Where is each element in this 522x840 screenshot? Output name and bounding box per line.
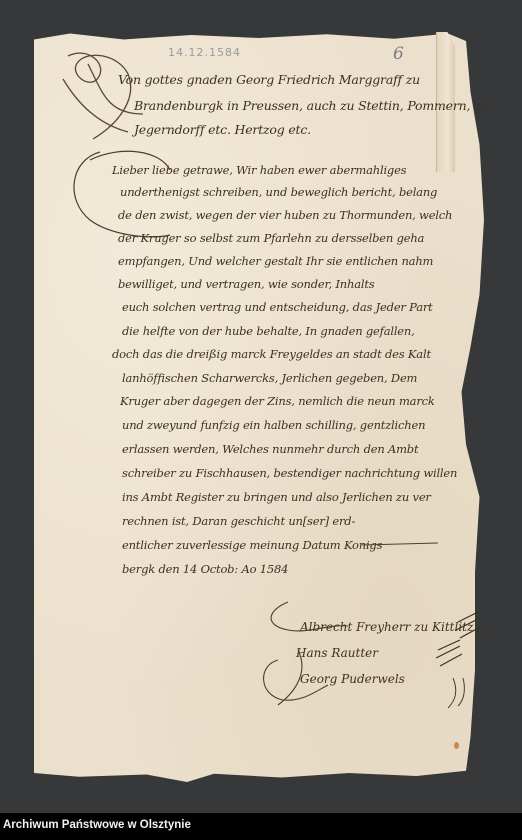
body-line-18: bergk den 14 Octob: Ao 1584 (122, 562, 288, 576)
pencil-date-annotation: 14.12.1584 (168, 46, 241, 59)
body-line-17: entlicher zuverlessige meinung Datum Kon… (122, 538, 382, 552)
body-line-10: lanhöffischen Scharwercks, Jerlichen geg… (122, 371, 417, 385)
body-line-4: der Kruger so selbst zum Pfarlehn zu der… (118, 231, 424, 245)
body-line-1: Lieber liebe getrawe, Wir haben ewer abe… (112, 163, 406, 177)
body-line-3: de den zwist, wegen der vier huben zu Th… (118, 208, 452, 222)
heading-line-2: Brandenburgk in Preussen, auch zu Stetti… (134, 98, 488, 113)
archive-name: Archiwum Państwowe w Olsztynie (3, 819, 191, 831)
page-number-annotation: 6 (393, 44, 404, 64)
date-underline (360, 535, 440, 555)
archive-footer: Archiwum Państwowe w Olsztynie (0, 813, 522, 840)
document-viewer: 14.12.1584 6 Von gottes gnaden Georg Fri… (0, 0, 522, 813)
body-line-5: empfangen, Und welcher gestalt Ihr sie e… (118, 254, 433, 268)
heading-line-1: Von gottes gnaden Georg Friedrich Marggr… (118, 72, 420, 87)
signature-flourishes (258, 600, 498, 710)
body-line-15: ins Ambt Register zu bringen und also Je… (122, 490, 431, 504)
body-line-2: underthenigst schreiben, und beweglich b… (120, 185, 437, 199)
body-line-14: schreiber zu Fischhausen, bestendiger na… (122, 466, 457, 480)
body-line-13: erlassen werden, Welches nunmehr durch d… (122, 442, 418, 456)
body-line-8: die helfte von der hube behalte, In gnad… (122, 324, 415, 338)
body-line-9: doch das die dreißig marck Freygeldes an… (112, 347, 431, 361)
body-line-11: Kruger aber dagegen der Zins, nemlich di… (120, 394, 435, 408)
body-line-6: bewilliget, und vertragen, wie sonder, I… (118, 277, 374, 291)
heading-line-3: Jegerndorff etc. Hertzog etc. (134, 122, 311, 137)
paper-stain (454, 742, 459, 749)
body-line-16: rechnen ist, Daran geschicht un[ser] erd… (122, 514, 355, 528)
body-line-7: euch solchen vertrag und entscheidung, d… (122, 300, 433, 314)
body-line-12: und zweyund funfzig ein halben schilling… (122, 418, 425, 432)
